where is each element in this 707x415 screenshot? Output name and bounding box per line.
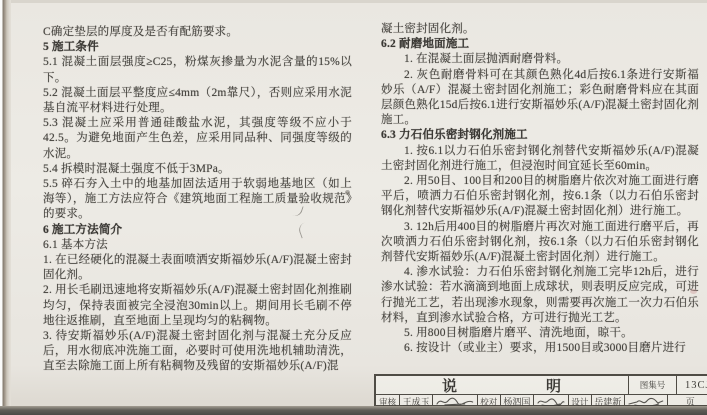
paragraph: 5.5 碎石夯入土中的地基加固法适用于软弱地基地区（如上海等），施工方法应符合《… xyxy=(43,177,352,223)
left-column: C确定垫层的厚度及是否有配筋要求。 5 施工条件 5.1 混凝土面层强度≥C25… xyxy=(43,25,352,377)
paragraph: 5.4 拆模时混凝土强度不低于3MPa。 xyxy=(43,162,352,177)
title-block: 说 明 图集号 13CJ39 审核 王成玉 校对 杨泗国 设计 岳建新 页 4 xyxy=(374,374,707,407)
paragraph: 5.1 混凝土面层强度≥C25，粉煤灰掺量为水泥含量的15%以下。 xyxy=(43,55,352,85)
right-column: 凝土密封固化剂。 6.2 耐磨地面施工 1. 在混凝土面层抛洒耐磨骨料。 2. … xyxy=(381,22,699,372)
paragraph: 4. 渗水试验：力石伯乐密封钢化剂施工完毕12h后，进行渗水试验：若水滴滴到地面… xyxy=(381,265,699,326)
paragraph: 凝土密封固化剂。 xyxy=(381,22,699,37)
paragraph: 2. 用50目、100目和200目的树脂磨片依次对施工面进行磨平后，喷洒力石伯乐… xyxy=(381,174,699,220)
page-title: 说 明 xyxy=(376,376,628,394)
paragraph: 1. 按6.1以力石伯乐密封钢化剂替代安斯福妙乐(A/F)混凝土密封固化剂进行施… xyxy=(381,144,699,174)
sub-heading: 6.1 基本方法 xyxy=(43,238,352,253)
paragraph: 5. 用800目树脂磨片磨平、清洗地面，晾干。 xyxy=(381,326,699,341)
section-heading: 6 施工方法简介 xyxy=(43,223,352,238)
scanned-page: C确定垫层的厚度及是否有配筋要求。 5 施工条件 5.1 混凝土面层强度≥C25… xyxy=(0,0,707,415)
paragraph: 1. 在混凝土面层抛洒耐磨骨料。 xyxy=(381,52,699,67)
paragraph: 2. 灰色耐磨骨料可在其颜色熟化4d后按6.1条进行安斯福妙乐（A/F）混凝土密… xyxy=(381,68,699,129)
paragraph: C确定垫层的厚度及是否有配筋要求。 xyxy=(43,25,352,40)
page-top-edge xyxy=(0,0,707,3)
atlas-number-value: 13CJ39 xyxy=(676,376,707,394)
section-heading: 5 施工条件 xyxy=(43,40,352,55)
paragraph: 5.3 混凝土应采用普通硅酸盐水泥，其强度等级不应小于42.5。为避免地面产生色… xyxy=(43,116,352,162)
paragraph: 1. 在已经硬化的混凝土表面喷洒安斯福妙乐(A/F)混凝土密封固化剂。 xyxy=(43,253,352,283)
atlas-number-label: 图集号 xyxy=(628,376,676,394)
paragraph: 6. 按设计（或业主）要求，用1500目或3000目磨片进行 xyxy=(381,341,699,356)
paragraph: 5.2 混凝土面层平整度应≤4mm（2m靠尺），否则应采用水泥基自流平材料进行处… xyxy=(43,86,352,116)
book-spine-edge xyxy=(0,0,11,415)
paragraph: 2. 用长毛刷迅速地将安斯福妙乐(A/F)混凝土密封固化剂推刷均匀，保持表面被完… xyxy=(43,283,352,329)
page-bottom-shadow xyxy=(0,406,707,415)
paragraph: 3. 12h后用400目的树脂磨片再次对施工面进行磨平后，再次喷洒力石伯乐密封钢… xyxy=(381,220,699,266)
title-block-title-cell: 说 明 xyxy=(376,376,628,394)
section-heading: 6.3 力石伯乐密封钢化剂施工 xyxy=(381,128,699,143)
section-heading: 6.2 耐磨地面施工 xyxy=(381,37,699,52)
paragraph: 3. 待安斯福妙乐(A/F)混凝土密封固化剂与混凝土充分反应后，用水彻底冲洗施工… xyxy=(43,329,352,375)
